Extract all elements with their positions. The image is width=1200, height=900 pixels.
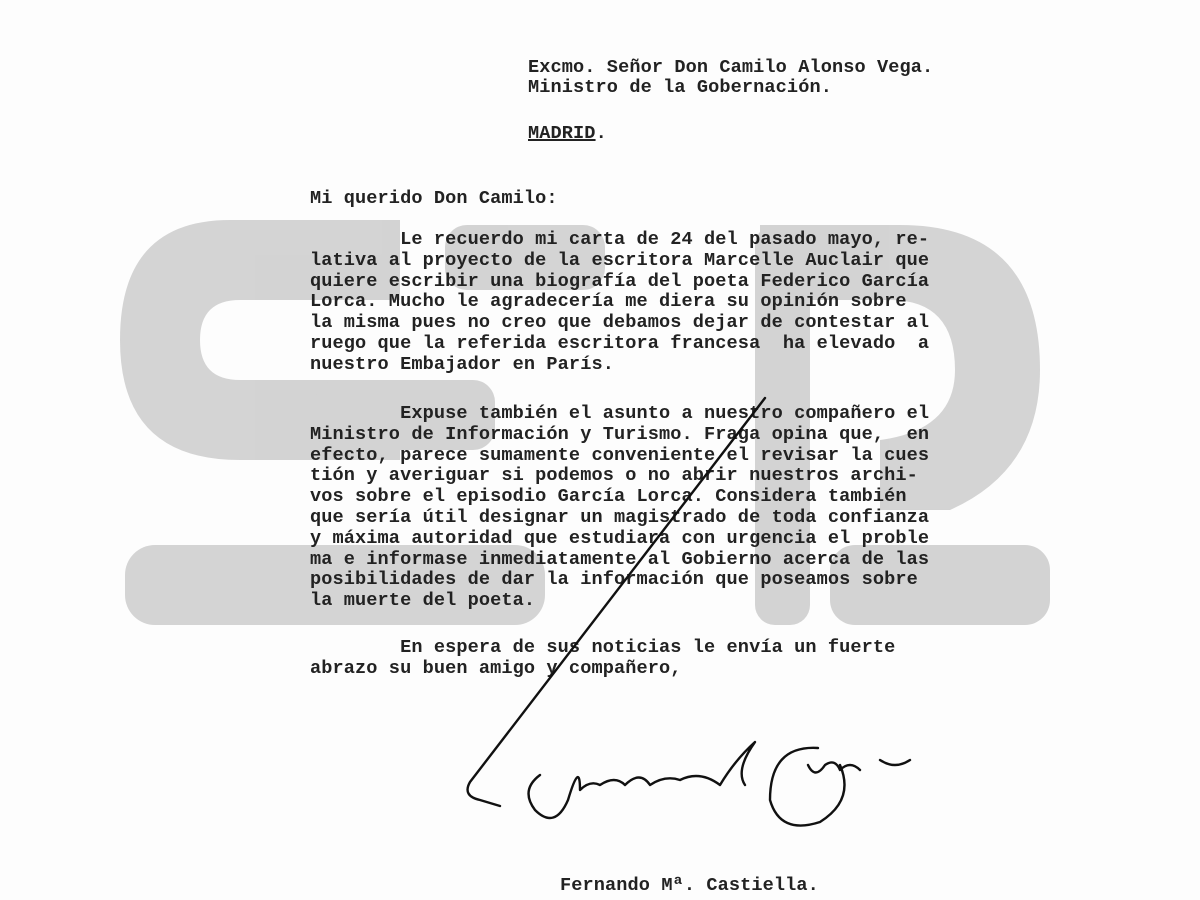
- signature-icon: [0, 0, 1200, 900]
